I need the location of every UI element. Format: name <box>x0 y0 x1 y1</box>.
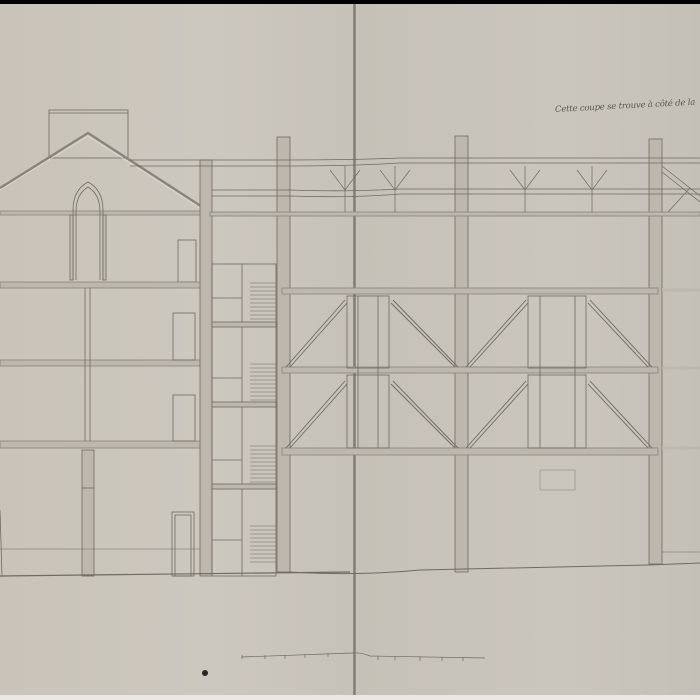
ink-blot <box>202 670 208 676</box>
stair-core <box>212 264 276 576</box>
drawing-sheet: Cette coupe se trouve à côté de la <box>0 4 700 700</box>
left-building <box>0 110 350 576</box>
right-building <box>130 136 700 574</box>
page-edge <box>0 695 700 700</box>
scale-bar <box>242 653 485 661</box>
